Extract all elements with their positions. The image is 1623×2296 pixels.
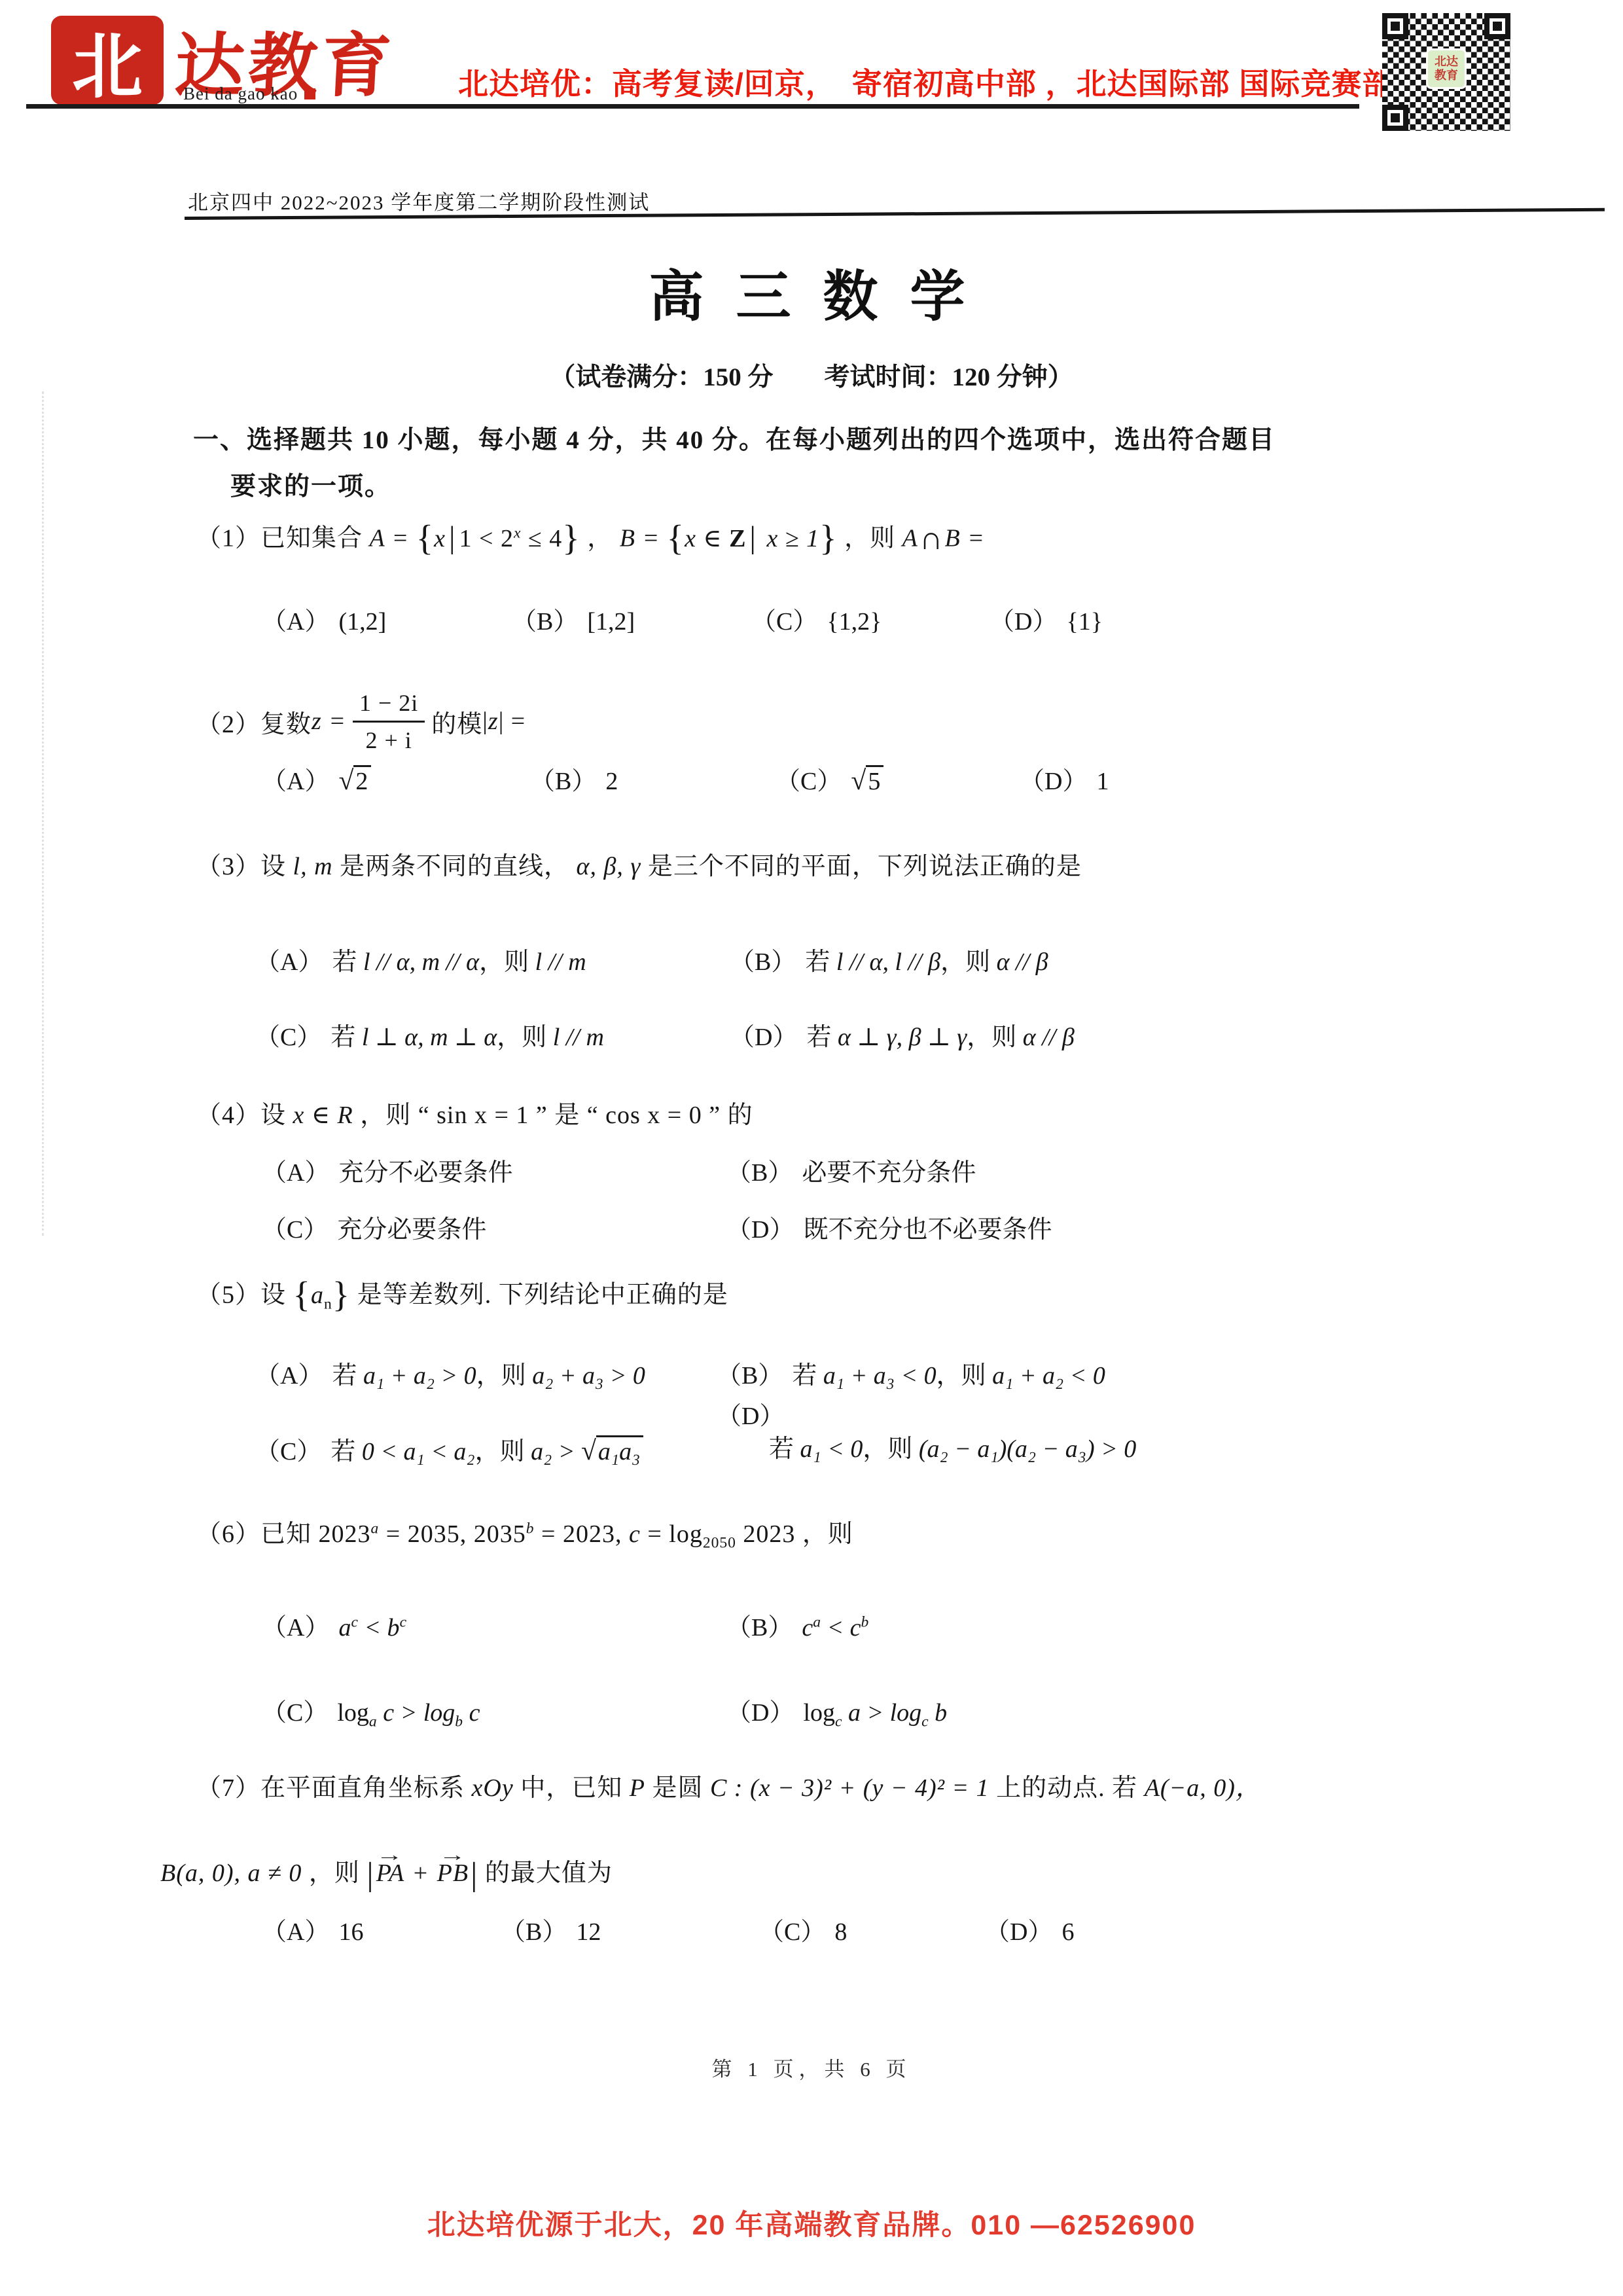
q3-option-a: （A）若 l // α, m // α，则 l // m <box>255 941 586 977</box>
exam-meta: （试卷满分：150 分 考试时间：120 分钟） <box>0 357 1623 393</box>
fraction: 1 − 2i2 + i <box>353 689 425 754</box>
superscript: b <box>861 1613 869 1630</box>
option-label: （C） <box>751 608 817 636</box>
text-run: 若 <box>330 1024 362 1051</box>
math-run: α ⊥ γ, β ⊥ γ <box>838 1024 967 1051</box>
q4-option-a: （A）充分不必要条件 <box>262 1152 512 1188</box>
math-run: a <box>338 1614 351 1641</box>
q5-option-b: （B）若 a₁ + a₃ < 0，则 a₁ + a₂ < 0 <box>717 1355 1105 1391</box>
q5-option-d: （D） 若 a₁ < 0，则 (a₂ − a₁)(a₂ − a₃) > 0 <box>717 1402 1136 1464</box>
intersection-symbol: ∩ <box>918 520 945 556</box>
option-label: （A） <box>255 948 323 976</box>
math-run: P <box>630 1774 645 1802</box>
math-run: ≤ 4 <box>521 525 562 552</box>
superscript: c <box>400 1613 406 1630</box>
sqrt: a₁a₃ <box>581 1435 643 1467</box>
option-value: 16 <box>338 1918 363 1946</box>
text-run: 若 <box>805 948 836 976</box>
option-value: 必要不充分条件 <box>802 1159 976 1187</box>
option-label: （B） <box>512 608 578 636</box>
bottom-slogan: 北达培优源于北大，20 年高端教育品牌。010 —62526900 <box>0 2203 1623 2243</box>
logo-seal: 北 <box>51 16 164 105</box>
math-run: α // β <box>1023 1024 1075 1051</box>
q7-option-d: （D）6 <box>985 1911 1074 1947</box>
set-notation: x ∈ Z| x ≥ 1 <box>667 525 838 552</box>
option-label: （D） <box>726 1216 794 1244</box>
superscript: a <box>371 1520 380 1537</box>
math-run: (a₂ − a₁)(a₂ − a₃) > 0 <box>919 1435 1136 1463</box>
option-label: （D） <box>717 1403 784 1430</box>
subscript: c <box>921 1713 928 1731</box>
option-label: （C） <box>262 1216 328 1244</box>
text-run: ，则 <box>476 1362 533 1390</box>
text-run: ，则 <box>497 1024 553 1051</box>
section-heading-line1: 一、选择题共 10 小题，每小题 4 分，共 40 分。在每小题列出的四个选项中… <box>193 420 1275 456</box>
subscript: n <box>324 1295 332 1312</box>
option-value: 2 <box>605 768 618 795</box>
math-run: A(−a, 0)， <box>1145 1774 1261 1802</box>
header-divider <box>26 104 1359 109</box>
abs-bar: | <box>471 1856 478 1893</box>
text-run: ，则 “ <box>360 1102 429 1129</box>
text-run: 若 <box>792 1362 823 1390</box>
q1-option-c: （C）{1,2} <box>751 601 882 637</box>
q2-option-d: （D）1 <box>1020 761 1109 797</box>
set-notation: an <box>293 1282 351 1309</box>
logo-seal-character: 北 <box>72 10 143 111</box>
math-run: 2023 <box>319 1520 371 1548</box>
option-value: 8 <box>834 1918 847 1946</box>
logo-caption: Bei da gao kao <box>183 84 315 104</box>
text-run: 是等差数列. 下列结论中正确的是 <box>357 1282 728 1309</box>
option-label: （C） <box>776 768 842 795</box>
q3-option-b: （B）若 l // α, l // β，则 α // β <box>730 941 1048 977</box>
option-label: （C） <box>262 1699 328 1727</box>
subscript: 2050 <box>703 1535 736 1552</box>
math-run: B(a, 0), a ≠ 0 <box>160 1859 302 1887</box>
math-run: xOy <box>472 1774 514 1802</box>
option-label: （B） <box>501 1918 567 1946</box>
option-value: 1 <box>1096 768 1109 795</box>
text-run: 若 <box>769 1435 800 1463</box>
abs-bar: | <box>366 1856 374 1893</box>
radicand: 2 <box>353 765 371 795</box>
math-run: a₁ + a₂ > 0 <box>363 1362 476 1390</box>
option-value: 12 <box>576 1918 601 1946</box>
math-run: 0 < a₁ < a₂ <box>362 1438 475 1465</box>
exam-title: 高 三 数 学 <box>0 253 1623 332</box>
header-slogan: 北达培优：高考复读/回京， 寄宿初高中部 ，北达国际部 国际竞赛部 <box>458 60 1393 103</box>
qr-finder-icon <box>1382 13 1408 39</box>
math-run: = log <box>641 1520 703 1548</box>
math-run: < c <box>821 1614 861 1641</box>
qr-code: 北达教育 <box>1382 13 1510 131</box>
option-value: {1} <box>1066 608 1102 636</box>
q4-option-c: （C）充分必要条件 <box>262 1209 486 1245</box>
q5-option-c: （C）若 0 < a₁ < a₂，则 a₂ > a₁a₃ <box>255 1431 643 1467</box>
option-label: （D） <box>730 1024 797 1051</box>
set-notation: x|1 < 2x ≤ 4 <box>416 525 580 552</box>
text-run: 是两条不同的直线， <box>340 853 577 880</box>
math-run: B = <box>945 525 985 552</box>
text-run: ，则 <box>802 1520 853 1548</box>
q3-stem: （3）设 l, m 是两条不同的直线， α, β, γ 是三个不同的平面，下列说… <box>196 846 1082 882</box>
q1-option-d: （D）{1} <box>990 601 1103 637</box>
math-run: l // α, l // β <box>836 948 940 976</box>
math-run: x <box>434 525 446 552</box>
option-label: （C） <box>255 1438 321 1465</box>
q6-option-c: （C）loga c > logb c <box>262 1692 480 1731</box>
math-run: A = <box>370 525 410 552</box>
text-run: 若 <box>806 1024 838 1051</box>
text-run: ，则 <box>940 948 997 976</box>
abs-bar: | = <box>499 707 526 736</box>
fraction-denominator: 2 + i <box>353 723 425 754</box>
math-run: log <box>803 1699 835 1727</box>
sqrt: 2 <box>338 765 371 797</box>
option-label: （A） <box>262 1918 329 1946</box>
radicand: a₁a₃ <box>596 1435 643 1465</box>
qr-center-label: 北达教育 <box>1426 48 1467 89</box>
math-run: l // m <box>553 1024 604 1051</box>
q7-stem-line2: B(a, 0), a ≠ 0 ，则 |PA + PB| 的最大值为 <box>160 1852 613 1893</box>
q1-option-a: （A）(1,2] <box>262 601 386 637</box>
option-value: 若 a₁ < 0，则 (a₂ − a₁)(a₂ − a₃) > 0 <box>769 1435 1136 1465</box>
option-value: 既不充分也不必要条件 <box>803 1216 1052 1244</box>
option-value: 6 <box>1061 1918 1074 1946</box>
q7-option-c: （C）8 <box>759 1911 847 1947</box>
exam-page: 北 达教育 Bei da gao kao 北达培优：高考复读/回京， 寄宿初高中… <box>0 0 1623 2296</box>
text-run: （5）设 <box>196 1282 293 1309</box>
page-number: 第 1 页，共 6 页 <box>0 2053 1623 2082</box>
math-run: z = <box>312 707 346 736</box>
text-run: ” 的 <box>709 1102 753 1129</box>
section-heading-line2: 要求的一项。 <box>230 466 391 503</box>
superscript: c <box>351 1613 357 1630</box>
subscript: b <box>455 1713 463 1731</box>
text-run: 的模 <box>431 704 482 740</box>
text-run: 若 <box>332 948 363 976</box>
vector-pa: PA <box>376 1859 405 1888</box>
math-run: l, m <box>293 853 333 880</box>
set-bar: | <box>446 521 459 555</box>
option-label: （B） <box>717 1362 783 1390</box>
q4-option-d: （D）既不充分也不必要条件 <box>726 1209 1052 1245</box>
fraction-numerator: 1 − 2i <box>353 689 425 723</box>
school-session-line: 北京四中 2022~2023 学年度第二学期阶段性测试 <box>188 186 650 215</box>
text-run: 若 <box>332 1362 363 1390</box>
math-run: z <box>488 707 499 736</box>
math-run: α // β <box>997 948 1048 976</box>
text-run: 上的动点. 若 <box>996 1774 1145 1802</box>
option-label: （B） <box>730 948 796 976</box>
option-value: {1,2} <box>827 608 882 636</box>
option-label: （D） <box>990 608 1057 636</box>
option-label: （A） <box>262 1159 329 1187</box>
text-run: ，则 <box>475 1438 531 1465</box>
q6-option-d: （D）logc a > logc b <box>726 1692 947 1731</box>
option-label: （D） <box>985 1918 1052 1946</box>
superscript: x <box>514 524 521 541</box>
option-label: （B） <box>530 768 596 795</box>
sqrt: 5 <box>851 765 883 797</box>
math-run: 2023 <box>736 1520 796 1548</box>
math-run: 1 < 2 <box>459 525 514 552</box>
q7-option-b: （B）12 <box>501 1911 601 1947</box>
option-label: （A） <box>262 1614 329 1641</box>
option-label: （A） <box>262 768 329 795</box>
text-run: ，则 <box>967 1024 1023 1051</box>
option-label: （D） <box>726 1699 794 1727</box>
option-label: （C） <box>255 1024 321 1051</box>
text-run: 的最大值为 <box>485 1859 613 1887</box>
text-run: ，则 <box>844 525 902 552</box>
option-value: (1,2] <box>338 608 386 636</box>
q2-stem: （2）复数 z = 1 − 2i2 + i 的模 |z| = <box>196 669 526 774</box>
option-value: 充分必要条件 <box>337 1216 486 1244</box>
superscript: a <box>813 1613 821 1630</box>
text-run: 中，已知 <box>520 1774 630 1802</box>
math-run: < b <box>358 1614 400 1641</box>
math-run: A <box>902 525 918 552</box>
vector-pb: PB <box>437 1859 469 1888</box>
superscript: b <box>526 1520 535 1537</box>
q6-stem: （6）已知 2023a = 2035, 2035b = 2023, c = lo… <box>196 1513 853 1552</box>
option-label: （B） <box>726 1614 793 1641</box>
q5-stem: （5）设 an 是等差数列. 下列结论中正确的是 <box>196 1274 728 1315</box>
math-run: = 2023, <box>541 1520 629 1548</box>
math-run: a₁ < 0 <box>800 1435 863 1463</box>
q2-option-c: （C）5 <box>776 761 883 797</box>
math-run: c <box>802 1614 813 1641</box>
q6-option-a: （A）ac < bc <box>262 1607 406 1643</box>
math-run: l // α, m // α <box>363 948 479 976</box>
text-run: ，则 <box>863 1435 919 1463</box>
qr-finder-icon <box>1484 13 1510 39</box>
option-label: （B） <box>726 1159 793 1187</box>
math-run: x ≥ 1 <box>760 525 819 552</box>
math-run: c <box>463 1699 480 1727</box>
option-value: [1,2] <box>587 608 635 636</box>
text-run: （7）在平面直角坐标系 <box>196 1774 472 1802</box>
math-run: a₁ + a₃ < 0 <box>823 1362 936 1390</box>
q2-option-a: （A）2 <box>262 761 371 797</box>
q4-option-b: （B）必要不充分条件 <box>726 1152 976 1188</box>
math-run: a₂ > <box>531 1438 581 1465</box>
math-run: a <box>311 1282 324 1309</box>
math-run: α, β, γ <box>577 853 641 880</box>
text-run: （1）已知集合 <box>196 525 370 552</box>
text-run: （4）设 <box>196 1102 293 1129</box>
option-label: （D） <box>1020 768 1087 795</box>
option-label: （C） <box>759 1918 825 1946</box>
q3-option-c: （C）若 l ⊥ α, m ⊥ α，则 l // m <box>255 1016 604 1052</box>
option-value: 充分不必要条件 <box>338 1159 512 1187</box>
red-square-icon <box>304 88 315 99</box>
math-run: c <box>629 1520 641 1548</box>
math-run: b <box>929 1699 948 1727</box>
option-label: （A） <box>255 1362 323 1390</box>
math-run: l ⊥ α, m ⊥ α <box>362 1024 497 1051</box>
q7-stem-line1: （7）在平面直角坐标系 xOy 中，已知 P 是圆 C : (x − 3)² +… <box>196 1767 1261 1803</box>
text-run: 是圆 <box>652 1774 710 1802</box>
math-run: a > log <box>842 1699 921 1727</box>
text-run: 是三个不同的平面，下列说法正确的是 <box>648 853 1082 880</box>
math-run: a₁ + a₂ < 0 <box>992 1362 1105 1390</box>
math-run: sin x = 1 <box>437 1102 529 1129</box>
math-run: + <box>406 1859 435 1887</box>
q1-option-b: （B）[1,2] <box>512 601 635 637</box>
q6-option-b: （B）ca < cb <box>726 1607 868 1643</box>
qr-center-label-text: 北达教育 <box>1433 55 1459 82</box>
math-run: x ∈ R <box>293 1102 353 1129</box>
text-run: ，则 <box>936 1362 993 1390</box>
text-run: ， <box>587 525 620 552</box>
math-run: c > log <box>377 1699 455 1727</box>
text-run: （3）设 <box>196 853 293 880</box>
subscript: c <box>835 1713 842 1731</box>
math-run: C : (x − 3)² + (y − 4)² = 1 <box>710 1774 990 1802</box>
q3-option-d: （D）若 α ⊥ γ, β ⊥ γ，则 α // β <box>730 1016 1075 1052</box>
option-label: （A） <box>262 608 329 636</box>
text-run: ，则 <box>309 1859 367 1887</box>
set-bar: | <box>746 521 760 555</box>
math-run: = 2035, 2035 <box>386 1520 526 1548</box>
math-run: x ∈ <box>685 525 729 552</box>
q5-option-a: （A）若 a₁ + a₂ > 0，则 a₂ + a₃ > 0 <box>255 1355 645 1391</box>
text-run: ，则 <box>479 948 535 976</box>
math-run: Z <box>729 525 746 552</box>
q7-option-a: （A）16 <box>262 1911 363 1947</box>
radicand: 5 <box>866 765 883 795</box>
q2-option-b: （B）2 <box>530 761 618 797</box>
text-run: 若 <box>330 1438 362 1465</box>
math-run: B = <box>620 525 660 552</box>
math-run: a₂ + a₃ > 0 <box>532 1362 645 1390</box>
abs-bar: | <box>482 707 488 736</box>
q1-stem: （1）已知集合 A = x|1 < 2x ≤ 4 ， B = x ∈ Z| x … <box>196 517 985 558</box>
math-run: cos x = 0 <box>605 1102 702 1129</box>
logo-caption-text: Bei da gao kao <box>183 84 298 103</box>
q4-stem: （4）设 x ∈ R ，则 “ sin x = 1 ” 是 “ cos x = … <box>196 1094 753 1130</box>
text-run: ” 是 “ <box>536 1102 599 1129</box>
math-run: l // m <box>535 948 586 976</box>
math-run: log <box>337 1699 369 1727</box>
subscript: a <box>369 1713 377 1731</box>
text-run: （2）复数 <box>196 704 312 740</box>
scan-artifact-line <box>42 391 44 1236</box>
qr-finder-icon <box>1382 105 1408 131</box>
text-run: （6）已知 <box>196 1520 319 1548</box>
